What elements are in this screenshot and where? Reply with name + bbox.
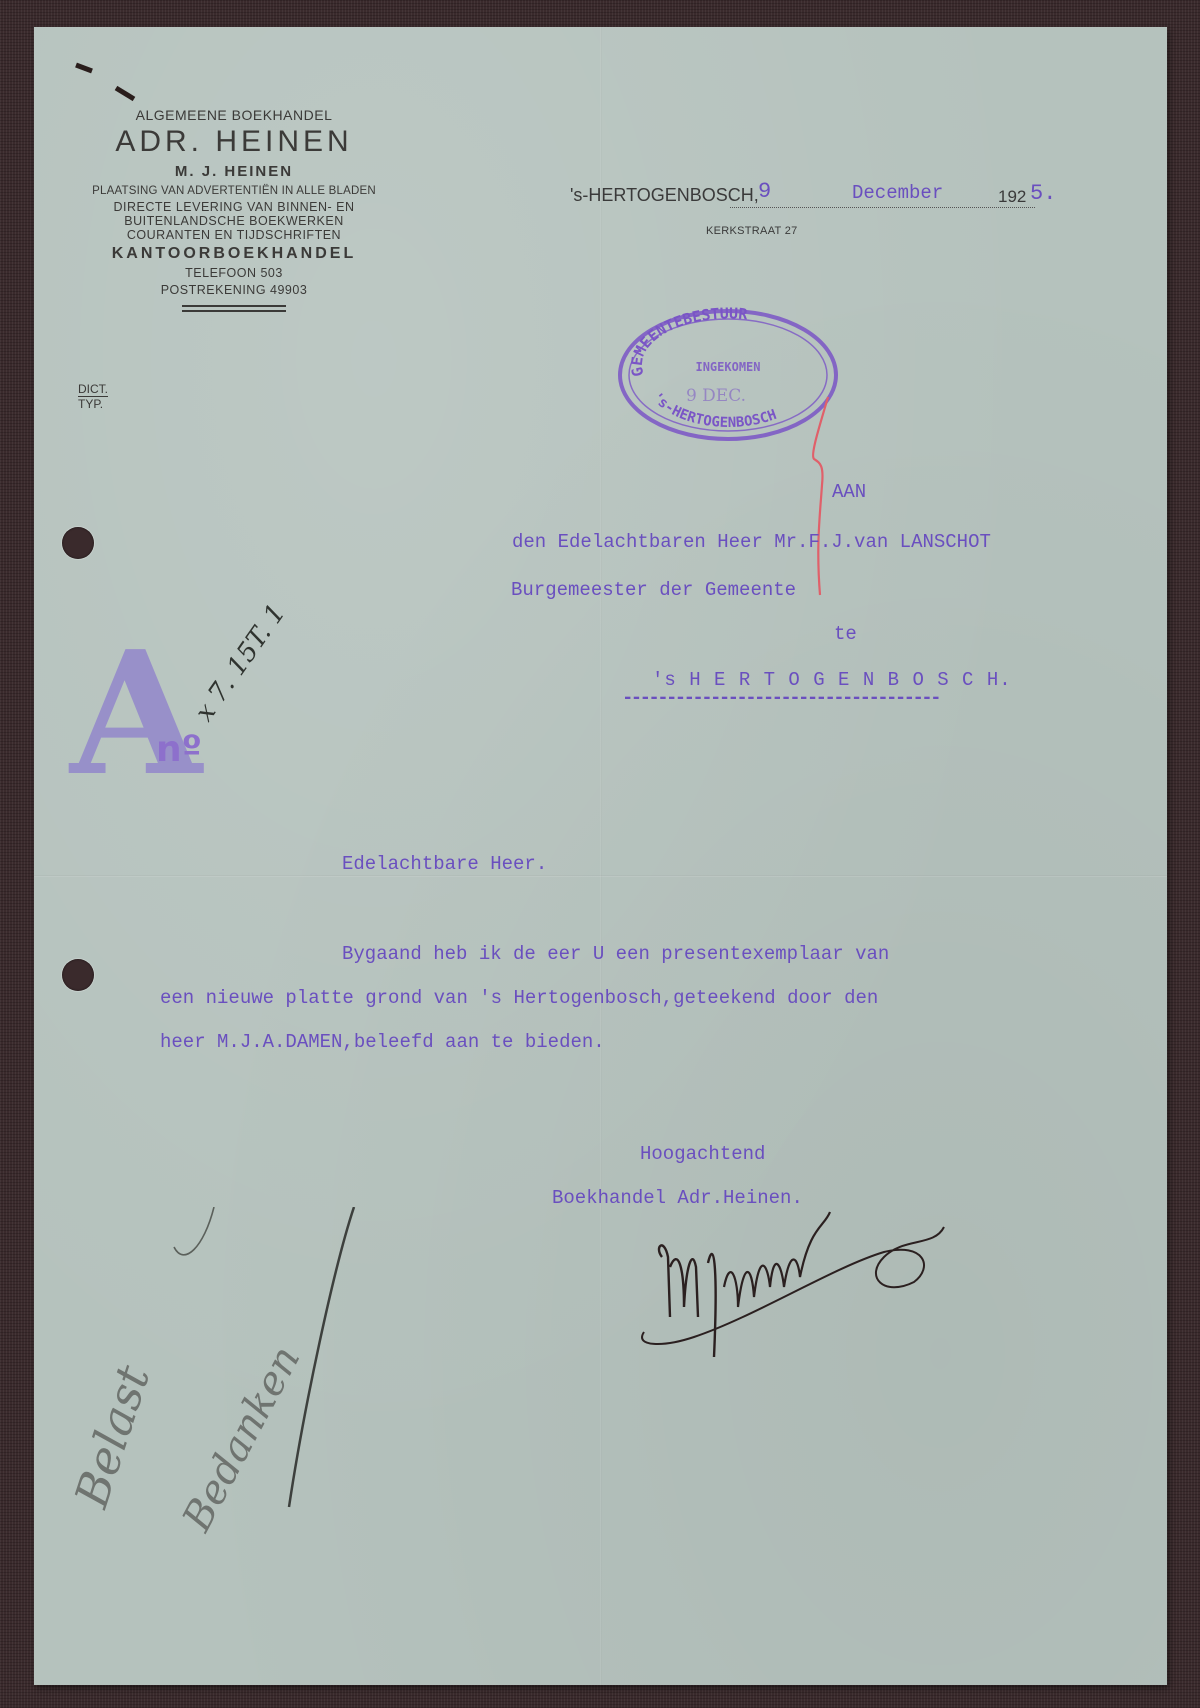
recipient-city-underline: ------------------------------------ xyxy=(622,687,939,709)
recipient-line3: te xyxy=(834,623,857,645)
punch-hole-bottom xyxy=(62,959,94,991)
closing-greeting: Hoogachtend xyxy=(640,1143,765,1165)
archive-stamp: A nº x 7. 15T. 1 xyxy=(64,637,354,797)
letterhead-postrekening: POSTREKENING 49903 xyxy=(74,283,394,297)
typ-label: TYP. xyxy=(78,397,103,411)
dateline: 's-HERTOGENBOSCH, 9 December 192 5. KERK… xyxy=(570,177,1170,217)
letter-page: ALGEMEENE BOEKHANDEL ADR. HEINEN M. J. H… xyxy=(34,27,1167,1685)
archive-stamp-letter: A xyxy=(70,629,202,799)
letterhead-service: BUITENLANDSCHE BOEKWERKEN xyxy=(74,214,394,228)
punch-hole-top xyxy=(62,527,94,559)
pencil-stroke xyxy=(54,1207,374,1527)
stamp-date-text: 9 DEC. xyxy=(686,386,746,406)
recipient-line1: den Edelachtbaren Heer Mr.F.J.van LANSCH… xyxy=(512,531,991,553)
letterhead-telephone: TELEFOON 503 xyxy=(74,266,394,280)
signature: MJ.Heinen xyxy=(634,1207,954,1357)
dateline-month: December xyxy=(852,182,943,204)
letterhead-company-name: ADR. HEINEN xyxy=(74,125,394,159)
letterhead-service: COURANTEN EN TIJDSCHRIFTEN xyxy=(74,228,394,242)
closing-sender: Boekhandel Adr.Heinen. xyxy=(552,1187,803,1209)
letterhead-double-rule xyxy=(182,305,286,312)
letterhead-tagline: ALGEMEENE BOEKHANDEL xyxy=(74,107,394,123)
archive-handwritten-number: x 7. 15T. 1 xyxy=(189,599,291,727)
fold-crease-vertical xyxy=(600,27,602,1685)
dateline-day: 9 xyxy=(758,179,771,204)
recipient-aan: AAN xyxy=(832,481,866,503)
letterhead-service: DIRECTE LEVERING VAN BINNEN- EN xyxy=(74,200,394,214)
dateline-city: 's-HERTOGENBOSCH, xyxy=(570,185,759,206)
body-line3: heer M.J.A.DAMEN,beleefd aan te bieden. xyxy=(160,1031,605,1053)
dateline-year-typed: 5. xyxy=(1030,181,1056,206)
salutation: Edelachtbare Heer. xyxy=(342,853,547,875)
recipient-line2: Burgemeester der Gemeente xyxy=(511,579,796,601)
staple-tear-mark xyxy=(64,55,144,105)
dateline-address: KERKSTRAAT 27 xyxy=(706,225,798,237)
letterhead-kantoor: KANTOORBOEKHANDEL xyxy=(74,245,394,263)
letterhead-proprietor: M. J. HEINEN xyxy=(74,163,394,180)
dateline-dotted-rule xyxy=(730,207,1035,208)
dict-typ-field: DICT. TYP. xyxy=(78,382,108,411)
dateline-year-printed: 192 xyxy=(998,187,1026,207)
body-line2: een nieuwe platte grond van 's Hertogenb… xyxy=(160,987,878,1009)
archive-stamp-number-label: nº xyxy=(156,729,202,770)
body-line1: Bygaand heb ik de eer U een presentexemp… xyxy=(342,943,889,965)
letterhead-service: PLAATSING VAN ADVERTENTIËN IN ALLE BLADE… xyxy=(74,185,394,197)
letterhead: ALGEMEENE BOEKHANDEL ADR. HEINEN M. J. H… xyxy=(74,107,394,312)
margin-pencil-note: Belast Bedanken xyxy=(54,1207,374,1507)
dict-label: DICT. xyxy=(78,382,108,397)
stamp-middle-text: INGEKOMEN xyxy=(695,360,760,374)
signature-text: MJ.Heinen xyxy=(634,1207,639,1208)
